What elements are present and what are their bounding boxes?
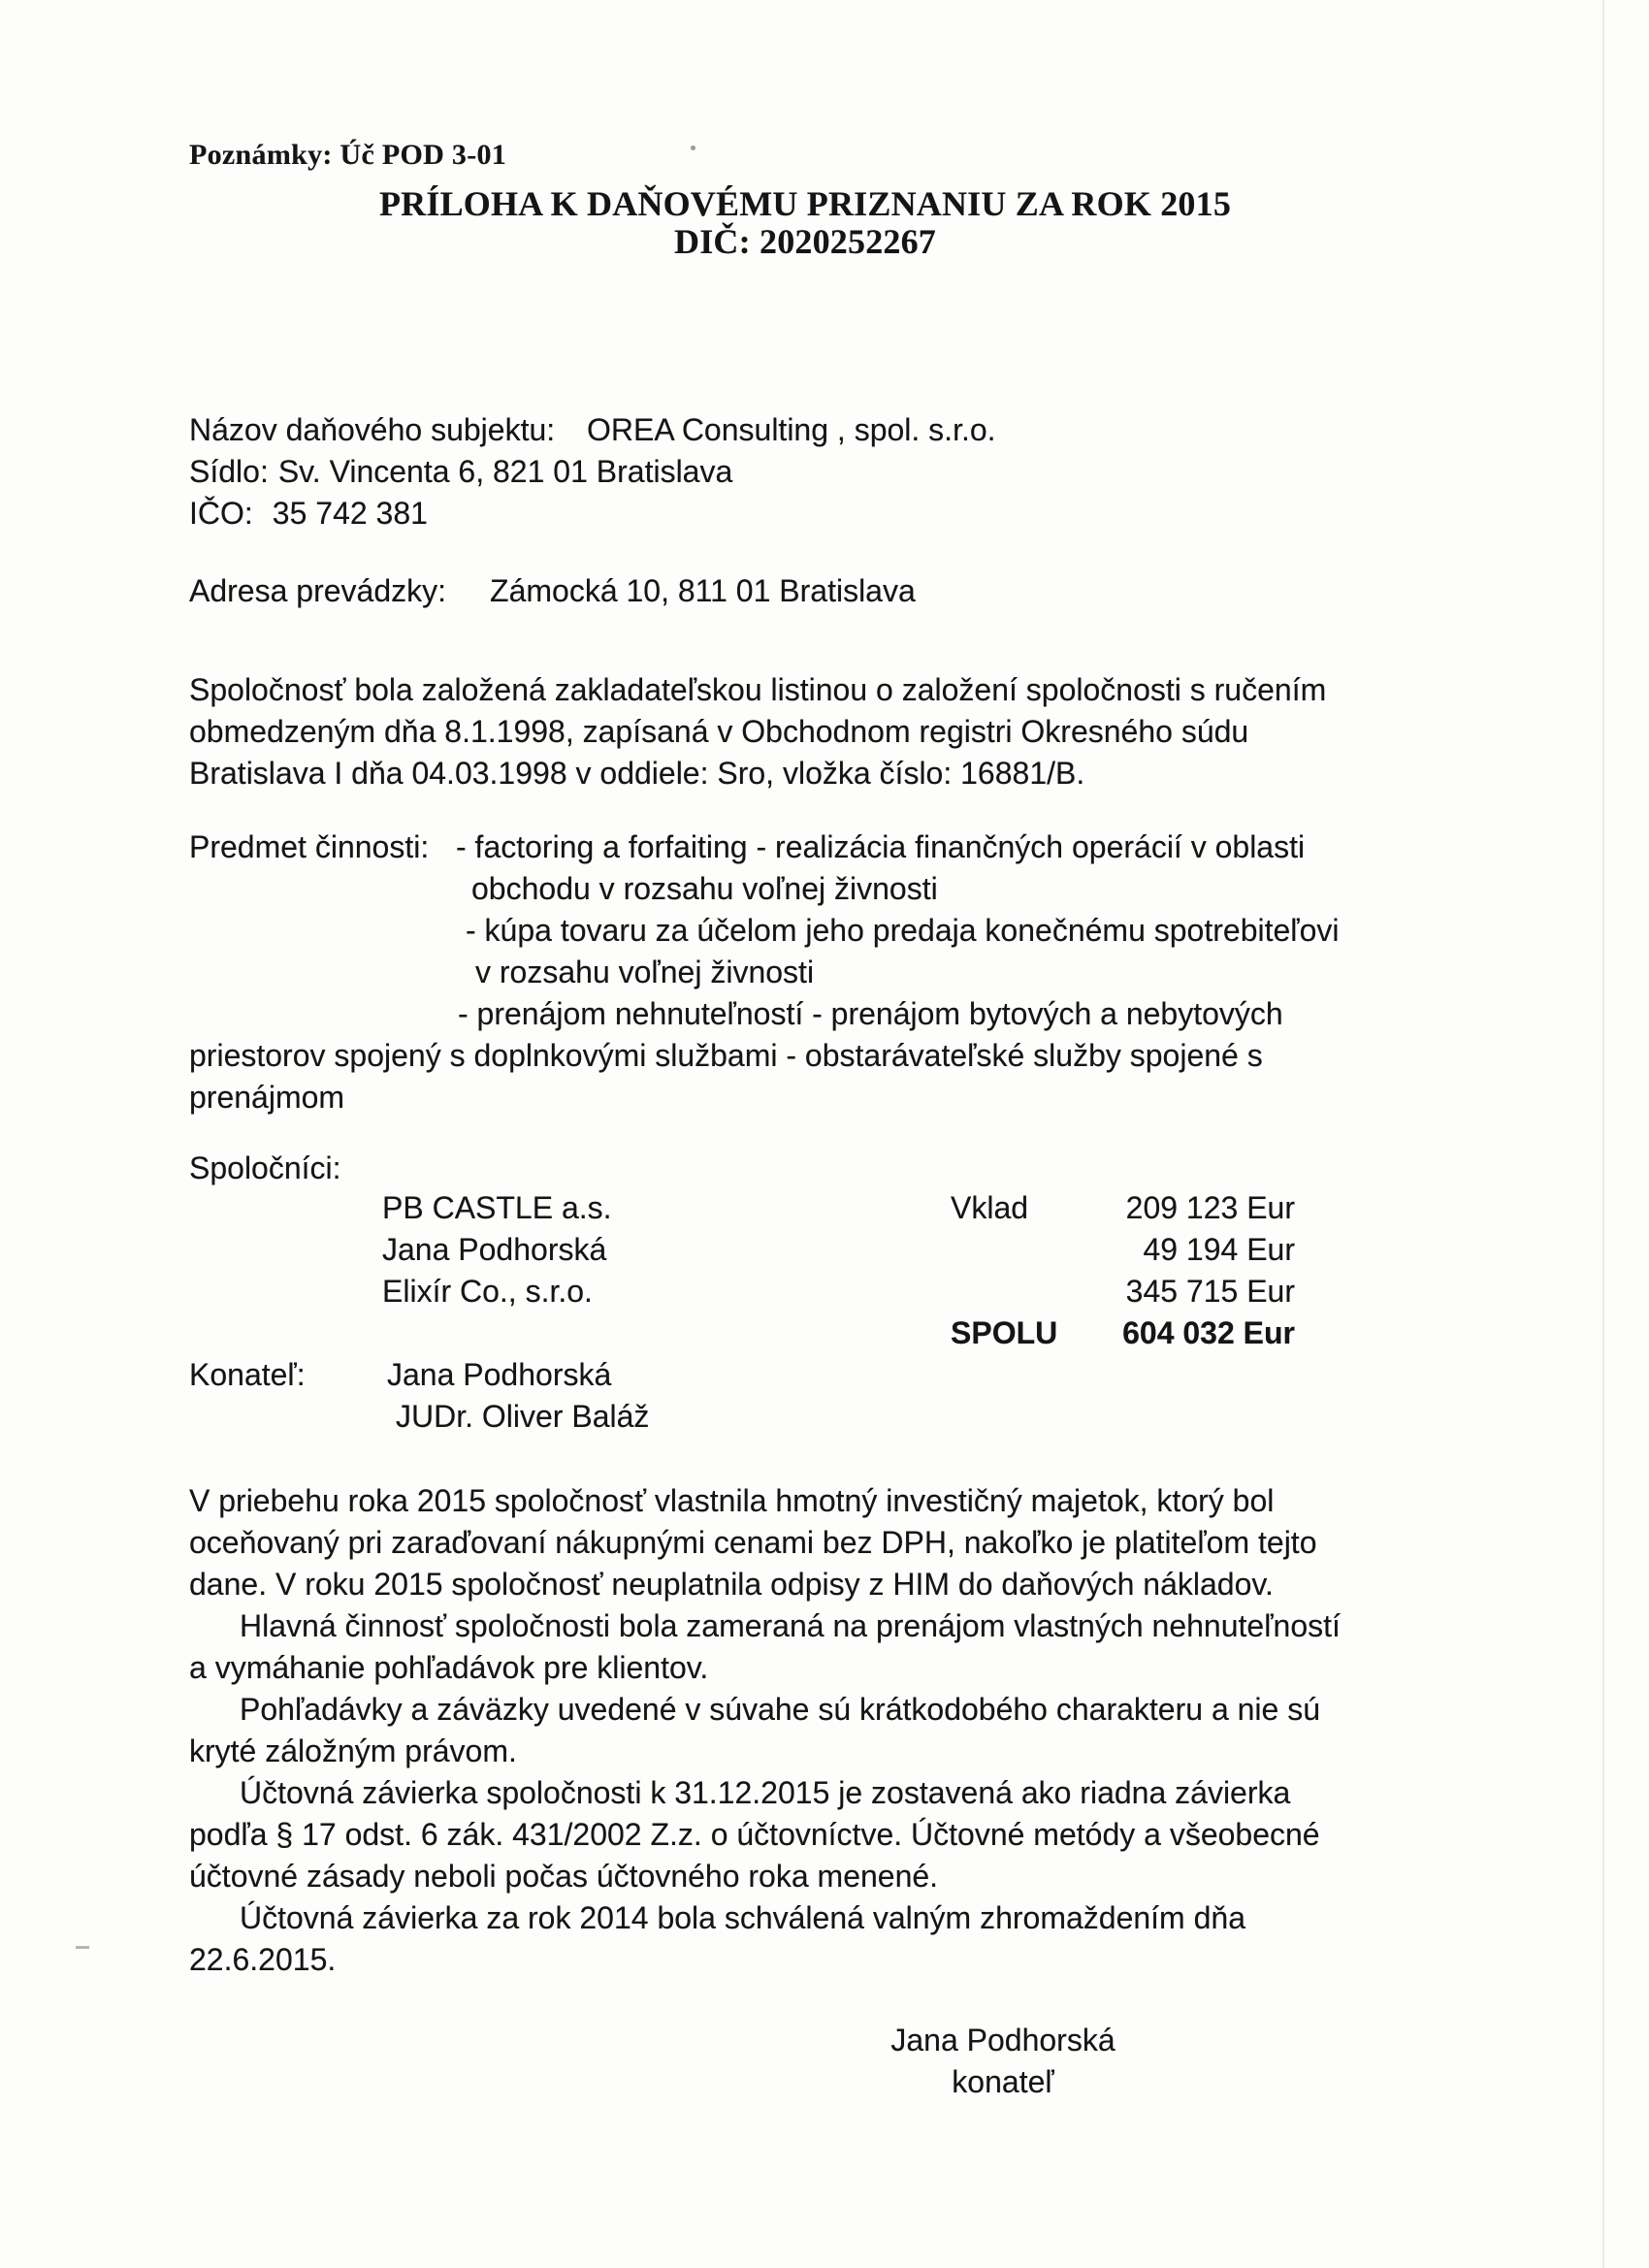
management-label: Konateľ: (189, 1354, 387, 1396)
subject-block: Názov daňového subjektu:OREA Consulting … (189, 409, 996, 535)
body-line: Pohľadávky a záväzky uvedené v súvahe sú… (189, 1689, 1341, 1731)
scan-speck (691, 146, 695, 150)
body-line: Účtovná závierka za rok 2014 bola schvál… (189, 1897, 1341, 1939)
document-page: Poznámky: Úč POD 3-01 PRÍLOHA K DAŇOVÉMU… (0, 0, 1649, 2268)
activity-line: - prenájom nehnuteľností - prenájom byto… (189, 993, 1340, 1035)
body-line: účtovné zásady neboli počas účtovného ro… (189, 1856, 1341, 1897)
title-block: PRÍLOHA K DAŇOVÉMU PRIZNANIU ZA ROK 2015… (189, 185, 1421, 261)
partner-vklad-spacer (951, 1271, 1096, 1312)
subject-ico-value: 35 742 381 (273, 496, 428, 531)
partners-total-label: SPOLU (951, 1312, 1096, 1354)
management-row: Konateľ:Jana Podhorská (189, 1354, 649, 1396)
subject-ico-line: IČO:35 742 381 (189, 493, 996, 535)
management-block: Konateľ:Jana Podhorská JUDr. Oliver Balá… (189, 1354, 649, 1438)
manager-name: JUDr. Oliver Baláž (396, 1396, 649, 1438)
signature-name: Jana Podhorská (886, 2020, 1120, 2061)
partner-amount: 209 123 Eur (1096, 1187, 1295, 1229)
premises-label: Adresa prevádzky: (189, 573, 446, 608)
body-line: kryté záložným právom. (189, 1731, 1341, 1772)
body-line: Hlavná činnosť spoločnosti bola zameraná… (189, 1605, 1341, 1647)
body-line: a vymáhanie pohľadávok pre klientov. (189, 1647, 1341, 1689)
subject-name-value: OREA Consulting , spol. s.r.o. (587, 412, 996, 447)
management-row: JUDr. Oliver Baláž (189, 1396, 649, 1438)
scan-speck (76, 1946, 89, 1949)
subject-ico-label: IČO: (189, 496, 253, 531)
subject-name-line: Názov daňového subjektu:OREA Consulting … (189, 409, 996, 451)
tax-id: DIČ: 2020252267 (189, 223, 1421, 261)
partner-row: PB CASTLE a.s.Vklad209 123 Eur (189, 1187, 1305, 1229)
activity-line: - kúpa tovaru za účelom jeho predaja kon… (189, 910, 1340, 952)
subject-name-label: Názov daňového subjektu: (189, 409, 587, 451)
activity-line: obchodu v rozsahu voľnej živnosti (189, 868, 1340, 910)
activity-label: Predmet činnosti: (189, 826, 456, 868)
founding-line: obmedzeným dňa 8.1.1998, zapísaná v Obch… (189, 711, 1326, 753)
subject-seat-label: Sídlo: (189, 454, 269, 489)
form-code: Poznámky: Úč POD 3-01 (189, 134, 506, 176)
partner-name: Elixír Co., s.r.o. (382, 1271, 951, 1312)
subject-seat-line: Sídlo:Sv. Vincenta 6, 821 01 Bratislava (189, 451, 996, 493)
activity-line: prenájmom (189, 1077, 1340, 1118)
activity-line: Predmet činnosti:- factoring a forfaitin… (189, 826, 1340, 868)
page-title: PRÍLOHA K DAŇOVÉMU PRIZNANIU ZA ROK 2015 (189, 185, 1421, 223)
partners-total-row: SPOLU604 032 Eur (189, 1312, 1305, 1354)
activity-text: - factoring a forfaiting - realizácia fi… (456, 829, 1305, 864)
premises-line: Adresa prevádzky:Zámocká 10, 811 01 Brat… (189, 570, 916, 612)
partners-section-label: Spoločníci: (189, 1148, 341, 1189)
body-line: Účtovná závierka spoločnosti k 31.12.201… (189, 1772, 1341, 1814)
partners-total-spacer (382, 1312, 951, 1354)
partner-amount: 345 715 Eur (1096, 1271, 1295, 1312)
partner-row: Elixír Co., s.r.o.345 715 Eur (189, 1271, 1305, 1312)
subject-seat-value: Sv. Vincenta 6, 821 01 Bratislava (278, 454, 732, 489)
manager-name: Jana Podhorská (387, 1354, 611, 1396)
body-line: 22.6.2015. (189, 1939, 1341, 1981)
business-activity-block: Predmet činnosti:- factoring a forfaitin… (189, 826, 1340, 1118)
body-line: V priebehu roka 2015 spoločnosť vlastnil… (189, 1480, 1341, 1522)
body-text: V priebehu roka 2015 spoločnosť vlastnil… (189, 1480, 1341, 1981)
body-line: podľa § 17 odst. 6 zák. 431/2002 Z.z. o … (189, 1814, 1341, 1856)
founding-line: Bratislava I dňa 04.03.1998 v oddiele: S… (189, 753, 1326, 794)
signature-role: konateľ (886, 2061, 1120, 2103)
founding-line: Spoločnosť bola založená zakladateľskou … (189, 669, 1326, 711)
partner-name: Jana Podhorská (382, 1229, 951, 1271)
founding-paragraph: Spoločnosť bola založená zakladateľskou … (189, 669, 1326, 794)
premises-value: Zámocká 10, 811 01 Bratislava (490, 573, 916, 608)
activity-line: v rozsahu voľnej živnosti (189, 952, 1340, 993)
vklad-column-label: Vklad (951, 1187, 1096, 1229)
partners-table: PB CASTLE a.s.Vklad209 123 Eur Jana Podh… (189, 1187, 1305, 1354)
partner-amount: 49 194 Eur (1096, 1229, 1295, 1271)
body-line: dane. V roku 2015 spoločnosť neuplatnila… (189, 1564, 1341, 1605)
body-line: oceňovaný pri zaraďovaní nákupnými cenam… (189, 1522, 1341, 1564)
partner-vklad-spacer (951, 1229, 1096, 1271)
scan-edge-line (1602, 0, 1604, 2268)
signature-block: Jana Podhorská konateľ (886, 2020, 1120, 2103)
partner-row: Jana Podhorská49 194 Eur (189, 1229, 1305, 1271)
partners-total-amount: 604 032 Eur (1096, 1312, 1295, 1354)
partner-name: PB CASTLE a.s. (382, 1187, 951, 1229)
activity-line: priestorov spojený s doplnkovými službam… (189, 1035, 1340, 1077)
